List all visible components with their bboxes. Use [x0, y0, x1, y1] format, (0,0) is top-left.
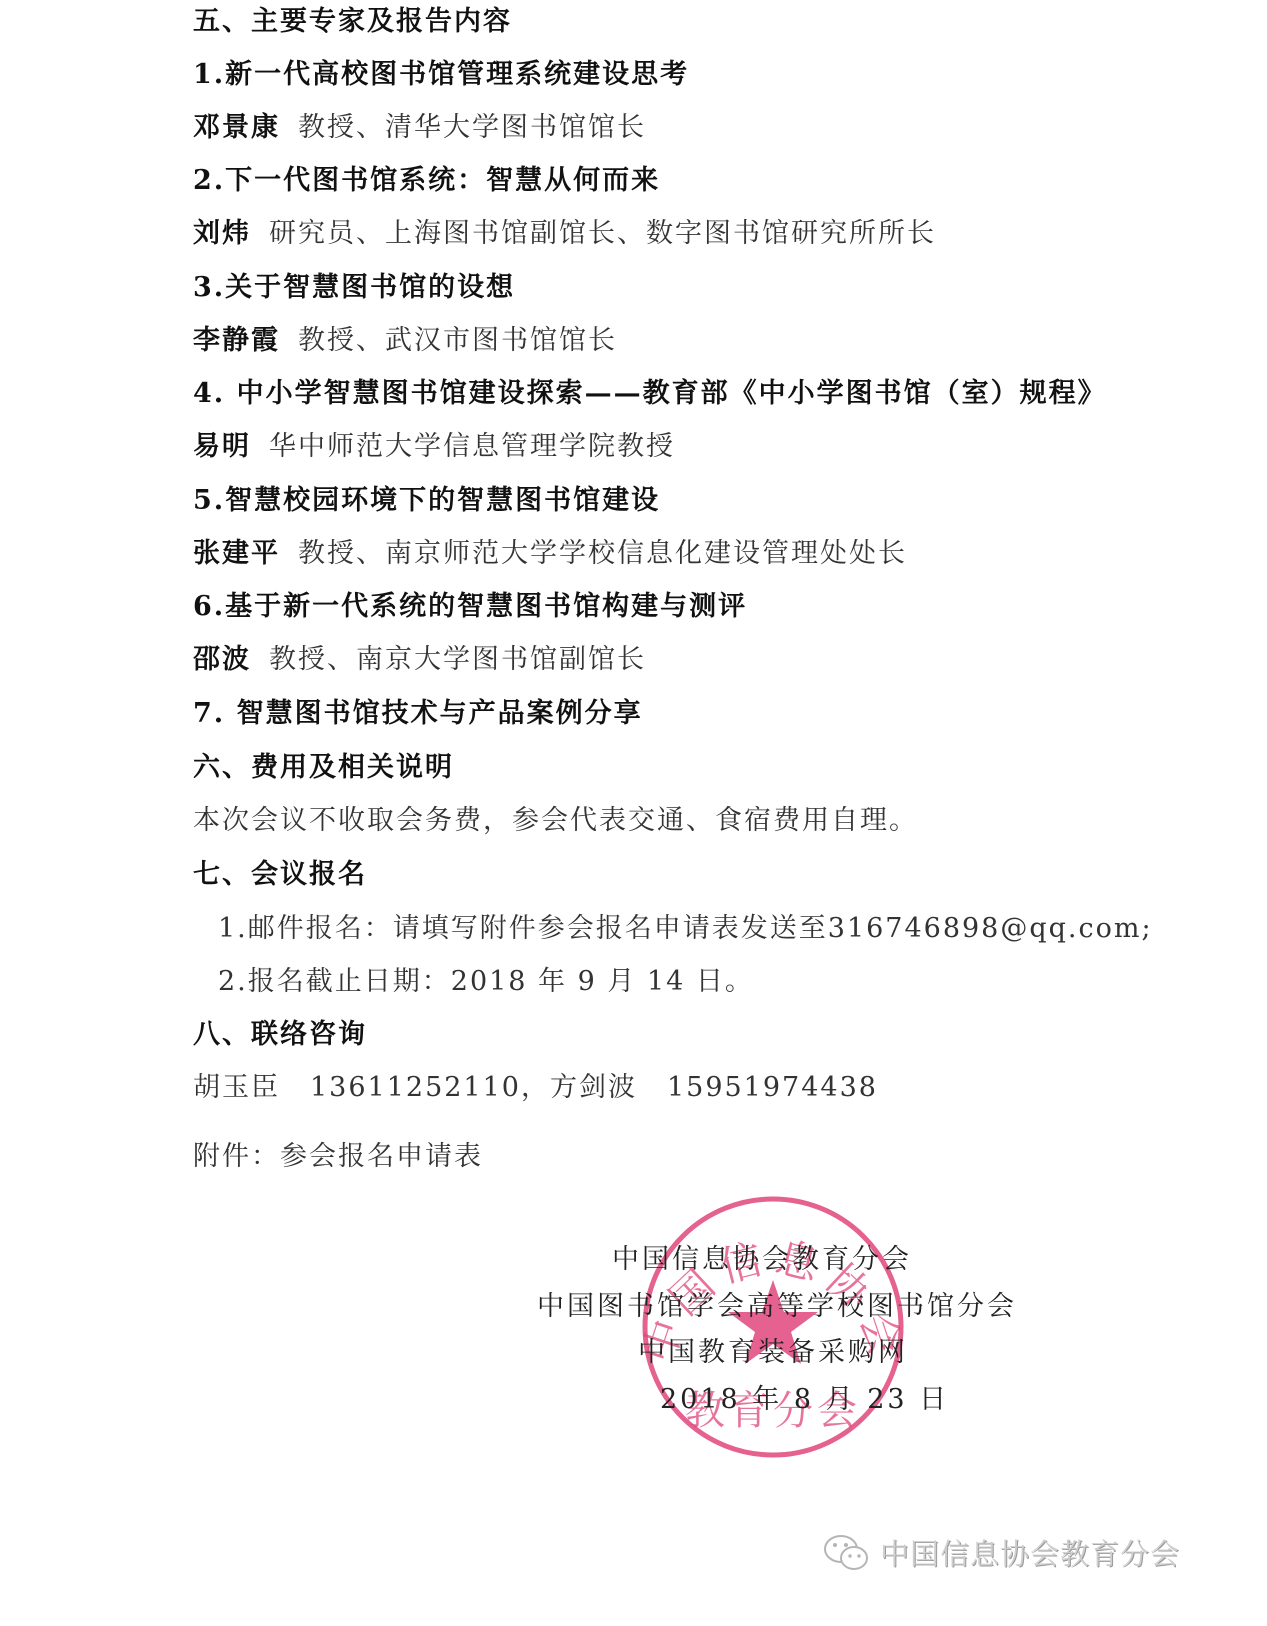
- talk-title-7: 7. 智慧图书馆技术与产品案例分享: [193, 694, 643, 734]
- contact-phone: 15951974438: [667, 1072, 878, 1103]
- talk-title-3: 3.关于智慧图书馆的设想: [193, 268, 515, 308]
- contact-phone: 13611252110，: [310, 1072, 550, 1103]
- speaker-role: 教授、南京师范大学学校信息化建设管理处处长: [298, 538, 907, 569]
- registration-email-item: 1.邮件报名：请填写附件参会报名申请表发送至316746898@qq.com;: [218, 909, 1153, 949]
- talk-speaker-3: 李静霞教授、武汉市图书馆馆长: [193, 321, 617, 361]
- talk-title-5: 5.智慧校园环境下的智慧图书馆建设: [193, 481, 660, 521]
- talk-speaker-4: 易明华中师范大学信息管理学院教授: [193, 427, 675, 467]
- talk-speaker-6: 邵波教授、南京大学图书馆副馆长: [193, 640, 646, 680]
- talk-speaker-2: 刘炜研究员、上海图书馆副馆长、数字图书馆研究所所长: [193, 214, 936, 254]
- speaker-name: 邵波: [193, 644, 251, 675]
- speaker-name: 李静霞: [193, 325, 280, 356]
- fees-description: 本次会议不收取会务费，参会代表交通、食宿费用自理。: [193, 801, 918, 841]
- official-seal-icon: 中国信息协会 教育分会: [638, 1192, 908, 1462]
- section-heading-registration: 七、会议报名: [193, 855, 367, 895]
- talk-speaker-1: 邓景康教授、清华大学图书馆馆长: [193, 108, 646, 148]
- speaker-name: 易明: [193, 431, 251, 462]
- contact-name: 方剑波: [550, 1072, 637, 1103]
- contact-line: 胡玉臣13611252110，方剑波15951974438: [193, 1068, 878, 1108]
- speaker-role: 教授、南京大学图书馆副馆长: [269, 644, 646, 675]
- document-page: 五、主要专家及报告内容 1.新一代高校图书馆管理系统建设思考 邓景康教授、清华大…: [0, 0, 1267, 1626]
- talk-speaker-5: 张建平教授、南京师范大学学校信息化建设管理处处长: [193, 534, 907, 574]
- speaker-name: 张建平: [193, 538, 280, 569]
- section-heading-contact: 八、联络咨询: [193, 1015, 367, 1055]
- registration-deadline-item: 2.报名截止日期：2018 年 9 月 14 日。: [218, 962, 754, 1002]
- speaker-role: 研究员、上海图书馆副馆长、数字图书馆研究所所长: [269, 218, 936, 249]
- speaker-role: 教授、武汉市图书馆馆长: [298, 325, 617, 356]
- signature-org-3: 中国教育装备采购网: [638, 1333, 908, 1373]
- section-heading-experts: 五、主要专家及报告内容: [193, 2, 512, 42]
- speaker-name: 刘炜: [193, 218, 251, 249]
- speaker-role: 华中师范大学信息管理学院教授: [269, 431, 675, 462]
- wechat-watermark: 中国信息协会教育分会: [822, 1532, 1180, 1573]
- signature-org-1: 中国信息协会教育分会: [612, 1240, 912, 1280]
- talk-title-1: 1.新一代高校图书馆管理系统建设思考: [193, 55, 689, 95]
- talk-title-4: 4. 中小学智慧图书馆建设探索——教育部《中小学图书馆（室）规程》: [193, 374, 1107, 414]
- wechat-icon: [822, 1533, 872, 1573]
- signature-org-2: 中国图书馆学会高等学校图书馆分会: [537, 1287, 1017, 1327]
- watermark-text: 中国信息协会教育分会: [880, 1532, 1180, 1573]
- section-heading-fees: 六、费用及相关说明: [193, 748, 454, 788]
- attachment-note: 附件：参会报名申请表: [193, 1137, 483, 1177]
- signature-date: 2018 年 8 月 23 日: [660, 1380, 949, 1420]
- speaker-name: 邓景康: [193, 112, 280, 143]
- speaker-role: 教授、清华大学图书馆馆长: [298, 112, 646, 143]
- talk-title-6: 6.基于新一代系统的智慧图书馆构建与测评: [193, 587, 747, 627]
- talk-title-2: 2.下一代图书馆系统：智慧从何而来: [193, 161, 660, 201]
- contact-name: 胡玉臣: [193, 1072, 280, 1103]
